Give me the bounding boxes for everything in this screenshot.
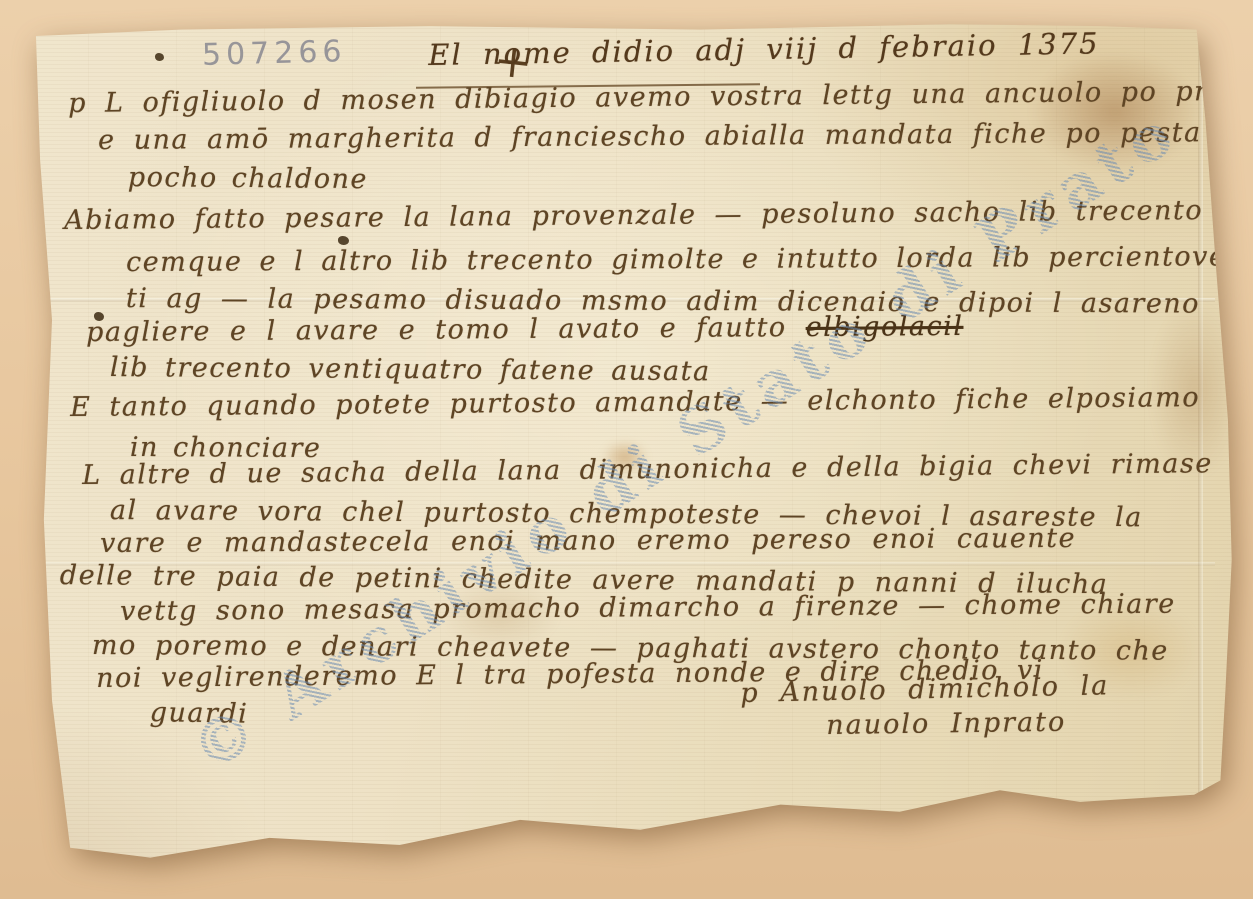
- manuscript-line: guardi: [149, 697, 248, 730]
- manuscript-line: e una amō margherita d franciescho abial…: [98, 117, 1202, 156]
- line-text: p L ofigliuolo d mosen dibiagio avemo vo…: [68, 76, 1226, 119]
- manuscript-line: pagliere e l avare e tomo l avato e faut…: [86, 311, 964, 348]
- scanned-document: 507266 + El nome didio adj viij d febrai…: [0, 0, 1253, 899]
- manuscript-paper: 507266 + El nome didio adj viij d febrai…: [0, 0, 1253, 899]
- paper-shadow-wrap: 507266 + El nome didio adj viij d febrai…: [0, 0, 1253, 899]
- manuscript-line: vare e mandastecela enoi mano eremo pere…: [100, 523, 1076, 559]
- line-text: E tanto quando potete purtosto amandate …: [70, 382, 1200, 423]
- line-text: e una amō margherita d franciescho abial…: [98, 117, 1202, 156]
- fold-crease: [1198, 36, 1203, 827]
- manuscript-line: pocho chaldone: [128, 162, 368, 195]
- line-text: pagliere e l avare e tomo l avato e faut…: [86, 312, 806, 348]
- struck-out-text: elbigolacil: [806, 311, 964, 343]
- line-text: cemque e l altro lib trecento gimolte e …: [126, 241, 1245, 278]
- line-text: lib trecento ventiquatro fatene ausata: [110, 352, 711, 387]
- archive-number-stamp: 507266: [202, 34, 347, 73]
- stain: [1030, 52, 1200, 172]
- ink-blot: [155, 53, 164, 61]
- manuscript-line: vettg sono mesasa promacho dimarcho a fi…: [120, 589, 1176, 627]
- line-text: vettg sono mesasa promacho dimarcho a fi…: [120, 589, 1176, 627]
- manuscript-line: lib trecento ventiquatro fatene ausata: [110, 352, 711, 387]
- line-text: vare e mandastecela enoi mano eremo pere…: [100, 523, 1076, 559]
- signature-line-2: nauolo Inprato: [826, 707, 1066, 741]
- line-text: pocho chaldone: [128, 162, 368, 195]
- manuscript-line: p L ofigliuolo d mosen dibiagio avemo vo…: [68, 76, 1226, 119]
- manuscript-line: E tanto quando potete purtosto amandate …: [70, 382, 1200, 423]
- manuscript-line: Abiamo fatto pesare la lana provenzale —…: [64, 195, 1203, 236]
- signature-line-1: p Anuolo dimicholo la: [740, 670, 1110, 709]
- line-text: guardi: [149, 697, 248, 730]
- letter-heading-date: El nome didio adj viij d febraio 1375: [428, 26, 1100, 72]
- ink-blot: [338, 236, 349, 245]
- manuscript-line: cemque e l altro lib trecento gimolte e …: [126, 241, 1245, 278]
- line-text: Abiamo fatto pesare la lana provenzale —…: [64, 195, 1203, 236]
